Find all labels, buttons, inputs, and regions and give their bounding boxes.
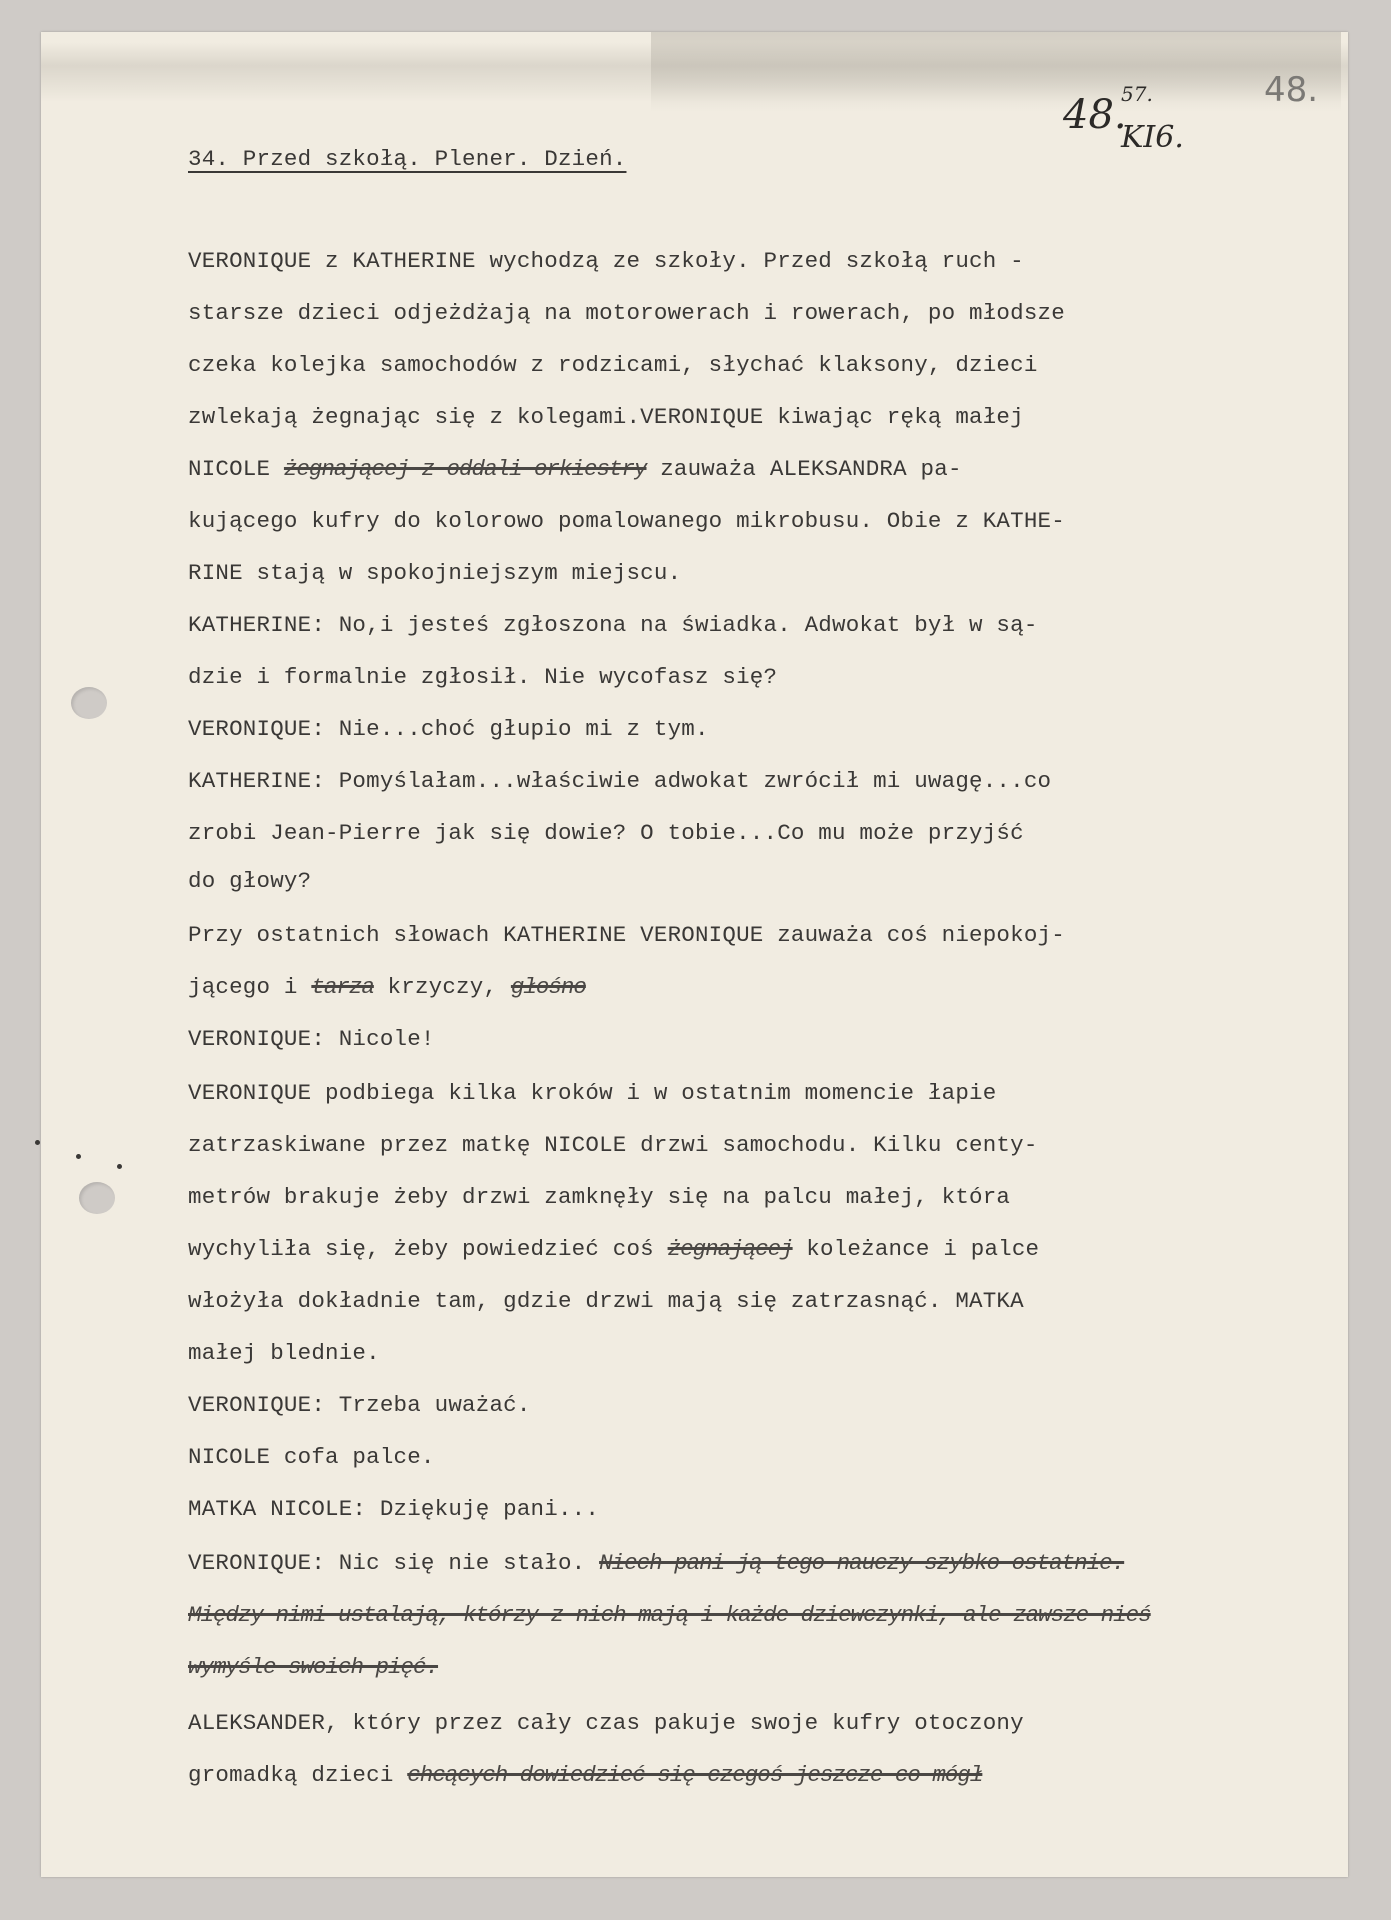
script-line: VERONIQUE: Nicole!	[188, 1026, 435, 1052]
script-line: Przy ostatnich słowach KATHERINE VERONIQ…	[188, 922, 1065, 948]
script-line: ALEKSANDER, który przez cały czas pakuje…	[188, 1710, 1024, 1736]
ink-speck	[117, 1164, 122, 1169]
struck-out-text: żegnającej	[668, 1236, 793, 1262]
line-text: VERONIQUE: Nic się nie stało.	[188, 1550, 599, 1576]
line-text: małej blednie.	[188, 1340, 380, 1366]
script-line: dzie i formalnie zgłosił. Nie wycofasz s…	[188, 664, 777, 690]
script-line: VERONIQUE podbiega kilka kroków i w osta…	[188, 1080, 996, 1106]
line-text: zrobi Jean-Pierre jak się dowie? O tobie…	[188, 820, 1024, 846]
script-line: metrów brakuje żeby drzwi zamknęły się n…	[188, 1184, 1010, 1210]
script-line: VERONIQUE: Nie...choć głupio mi z tym.	[188, 716, 709, 742]
line-text: KATHERINE: Pomyślałam...właściwie adwoka…	[188, 768, 1051, 794]
line-text: włożyła dokładnie tam, gdzie drzwi mają …	[188, 1288, 1024, 1314]
handwritten-subnote: ΚΙ6.	[1121, 120, 1184, 155]
line-text: do głowy?	[188, 868, 311, 894]
script-line: wymyśle swoich pięć.	[188, 1654, 438, 1680]
line-text: krzyczy,	[374, 974, 511, 1000]
line-text: MATKA NICOLE: Dziękuję pani...	[188, 1496, 599, 1522]
script-line: VERONIQUE: Trzeba uważać.	[188, 1392, 531, 1418]
handwritten-page-number: 48.	[1063, 92, 1127, 138]
line-text: zauważa ALEKSANDRA pa-	[647, 456, 962, 482]
line-text: RINE stają w spokojniejszym miejscu.	[188, 560, 681, 586]
line-text: KATHERINE: No,i jesteś zgłoszona na świa…	[188, 612, 1038, 638]
line-text: jącego i	[188, 974, 311, 1000]
line-text: VERONIQUE podbiega kilka kroków i w osta…	[188, 1080, 996, 1106]
script-line: Między nimi ustalają, którzy z nich mają…	[188, 1602, 1151, 1628]
line-text: Przy ostatnich słowach KATHERINE VERONIQ…	[188, 922, 1065, 948]
script-line: zrobi Jean-Pierre jak się dowie? O tobie…	[188, 820, 1024, 846]
script-line: KATHERINE: Pomyślałam...właściwie adwoka…	[188, 768, 1051, 794]
line-text: gromadką dzieci	[188, 1762, 407, 1788]
line-text: NICOLE	[188, 456, 284, 482]
struck-out-text: Między nimi ustalają, którzy z nich mają…	[188, 1602, 1151, 1628]
line-text: VERONIQUE z KATHERINE wychodzą ze szkoły…	[188, 248, 1024, 274]
line-text: NICOLE cofa palce.	[188, 1444, 435, 1470]
struck-out-text: Niech pani ją tego nauczy szybko ostatni…	[599, 1550, 1124, 1576]
struck-out-text: wymyśle swoich pięć.	[188, 1654, 438, 1680]
line-text: zatrzaskiwane przez matkę NICOLE drzwi s…	[188, 1132, 1038, 1158]
script-line: kującego kufry do kolorowo pomalowanego …	[188, 508, 1065, 534]
script-line: wychyliła się, żeby powiedzieć coś żegna…	[188, 1236, 1039, 1262]
punch-hole-top	[71, 687, 107, 719]
script-line: jącego i tarza krzyczy, głośno	[188, 974, 586, 1000]
script-line: VERONIQUE z KATHERINE wychodzą ze szkoły…	[188, 248, 1024, 274]
script-line: włożyła dokładnie tam, gdzie drzwi mają …	[188, 1288, 1024, 1314]
line-text: starsze dzieci odjeżdżają na motorowerac…	[188, 300, 1065, 326]
line-text: VERONIQUE: Nicole!	[188, 1026, 435, 1052]
script-line: zwlekają żegnając się z kolegami.VERONIQ…	[188, 404, 1024, 430]
line-text: ALEKSANDER, który przez cały czas pakuje…	[188, 1710, 1024, 1736]
ink-speck	[35, 1140, 40, 1145]
script-line: VERONIQUE: Nic się nie stało. Niech pani…	[188, 1550, 1124, 1576]
line-text: VERONIQUE: Trzeba uważać.	[188, 1392, 531, 1418]
line-text: VERONIQUE: Nie...choć głupio mi z tym.	[188, 716, 709, 742]
punch-hole-bottom	[79, 1182, 115, 1214]
line-text: metrów brakuje żeby drzwi zamknęły się n…	[188, 1184, 1010, 1210]
line-text: wychyliła się, żeby powiedzieć coś	[188, 1236, 668, 1262]
script-line: starsze dzieci odjeżdżają na motorowerac…	[188, 300, 1065, 326]
handwritten-superscript: 57.	[1121, 82, 1153, 106]
copy-smudge-right	[651, 32, 1341, 112]
pencil-page-number: 48.	[1264, 70, 1318, 110]
ink-speck	[76, 1154, 81, 1159]
line-text: kującego kufry do kolorowo pomalowanego …	[188, 508, 1065, 534]
script-line: małej blednie.	[188, 1340, 380, 1366]
struck-out-text: głośno	[511, 974, 586, 1000]
line-text: zwlekają żegnając się z kolegami.VERONIQ…	[188, 404, 1024, 430]
struck-out-text: chcących dowiedzieć się czegoś jeszcze c…	[407, 1762, 982, 1788]
script-line: czeka kolejka samochodów z rodzicami, sł…	[188, 352, 1038, 378]
script-line: MATKA NICOLE: Dziękuję pani...	[188, 1496, 599, 1522]
scene-heading: 34. Przed szkołą. Plener. Dzień.	[188, 146, 626, 172]
struck-out-text: żegnającej z oddali orkiestry	[284, 456, 647, 482]
script-line: zatrzaskiwane przez matkę NICOLE drzwi s…	[188, 1132, 1038, 1158]
line-text: dzie i formalnie zgłosił. Nie wycofasz s…	[188, 664, 777, 690]
struck-out-text: tarza	[311, 974, 374, 1000]
script-line: RINE stają w spokojniejszym miejscu.	[188, 560, 681, 586]
line-text: czeka kolejka samochodów z rodzicami, sł…	[188, 352, 1038, 378]
script-line: NICOLE cofa palce.	[188, 1444, 435, 1470]
script-line: do głowy?	[188, 868, 311, 894]
script-line: NICOLE żegnającej z oddali orkiestry zau…	[188, 456, 962, 482]
script-line: KATHERINE: No,i jesteś zgłoszona na świa…	[188, 612, 1038, 638]
line-text: koleżance i palce	[793, 1236, 1040, 1262]
script-line: gromadką dzieci chcących dowiedzieć się …	[188, 1762, 982, 1788]
